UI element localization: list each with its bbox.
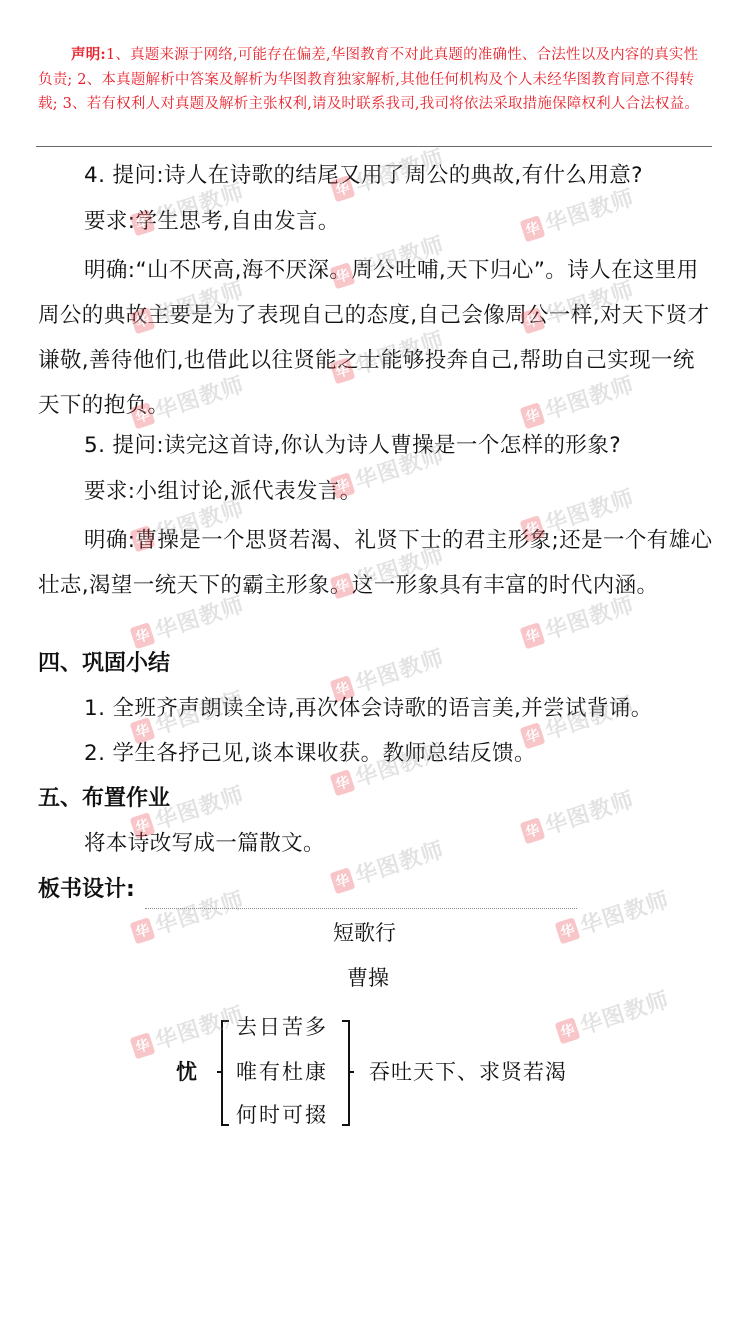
question-5-answer: 明确:曹操是一个思贤若渴、礼贤下士的君主形象;还是一个有雄心壮志,渴望一统天下的…: [38, 518, 714, 608]
watermark: 华华图教师: [128, 998, 248, 1063]
disclaimer-text: 1、真题来源于网络,可能存在偏差,华图教育不对此真题的准确性、合法性以及内容的真…: [38, 47, 699, 112]
question-4: 4. 提问:诗人在诗歌的结尾又用了周公的典故,有什么用意?: [38, 157, 714, 196]
board-divider: [145, 908, 577, 909]
watermark-logo-icon: 华: [554, 917, 580, 944]
board-line-1: 去日苦多: [236, 1011, 328, 1041]
watermark: 华华图教师: [553, 983, 673, 1048]
watermark-logo-icon: 华: [554, 1017, 580, 1044]
watermark-logo-icon: 华: [129, 917, 155, 944]
board-line-2: 唯有杜康: [236, 1056, 328, 1086]
section-5-text: 将本诗改写成一篇散文。: [38, 825, 714, 864]
left-bracket-icon: [221, 1020, 229, 1126]
board-author: 曹操: [347, 962, 389, 992]
watermark-logo-icon: 华: [129, 1032, 155, 1059]
board-result: 吞吐天下、求贤若渴: [369, 1056, 567, 1086]
section-4-item-2: 2. 学生各抒己见,谈本课收获。教师总结反馈。: [38, 735, 714, 774]
question-5: 5. 提问:读完这首诗,你认为诗人曹操是一个怎样的形象?: [38, 427, 714, 466]
right-bracket-icon: [342, 1020, 350, 1126]
section-4-heading: 四、巩固小结: [38, 645, 170, 683]
disclaimer-lead: 声明:: [71, 46, 106, 63]
disclaimer: 声明:1、真题来源于网络,可能存在偏差,华图教育不对此真题的准确性、合法性以及内…: [38, 43, 712, 117]
question-4-answer: 明确:“山不厌高,海不厌深。周公吐哺,天下归心”。诗人在这里用周公的典故主要是为…: [38, 248, 714, 428]
section-5-heading: 五、布置作业: [38, 780, 170, 818]
watermark: 华华图教师: [553, 883, 673, 948]
question-4-requirement: 要求:学生思考,自由发言。: [38, 203, 714, 242]
watermark-logo-icon: 华: [329, 867, 355, 894]
section-4-item-1: 1. 全班齐声朗读全诗,再次体会诗歌的语言美,并尝试背诵。: [38, 690, 714, 729]
board-title: 短歌行: [333, 917, 396, 947]
header-rule: [36, 146, 712, 147]
board-line-3: 何时可掇: [236, 1099, 328, 1129]
watermark: 华华图教师: [128, 883, 248, 948]
board-design-heading: 板书设计:: [38, 871, 135, 909]
question-5-requirement: 要求:小组讨论,派代表发言。: [38, 473, 714, 512]
board-key: 忧: [176, 1056, 197, 1086]
watermark-logo-icon: 华: [519, 622, 545, 649]
